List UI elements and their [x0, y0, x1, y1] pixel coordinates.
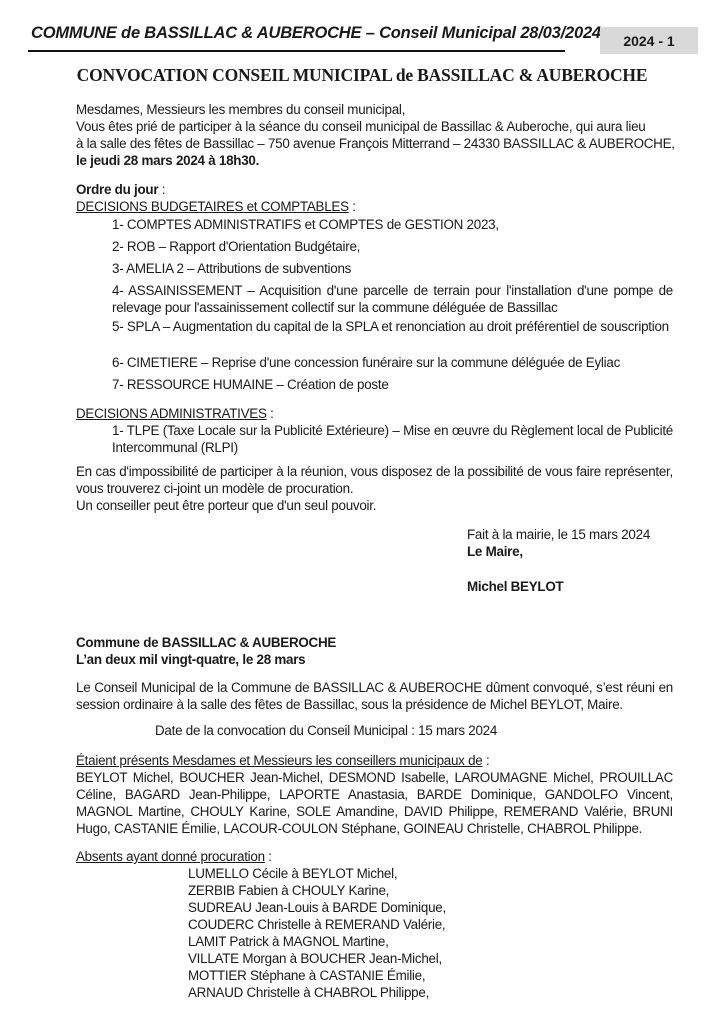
agenda-item: 1- TLPE (Taxe Locale sur la Publicité Ex…: [112, 422, 673, 456]
header-rule: [28, 50, 565, 52]
proxy-entry: COUDERC Christelle à REMERAND Valérie,: [188, 916, 445, 933]
proxy-entry: MOTTIER Stéphane à CASTANIE Émilie,: [188, 967, 425, 984]
header-title: COMMUNE de BASSILLAC & AUBEROCHE – Conse…: [31, 24, 601, 43]
agenda-item: 1- COMPTES ADMINISTRATIFS et COMPTES de …: [112, 216, 673, 233]
section-heading-label: DECISIONS ADMINISTRATIVES: [76, 406, 267, 421]
proxies-label: Absents ayant donné procuration: [76, 849, 265, 864]
minutes-intro: Le Conseil Municipal de la Commune de BA…: [76, 679, 673, 713]
section-heading-budget: DECISIONS BUDGETAIRES et COMPTABLES :: [76, 198, 673, 215]
proxy-notice: En cas d'impossibilité de participer à l…: [76, 463, 673, 497]
convocation-date: Date de la convocation du Conseil Munici…: [155, 722, 497, 739]
present-list: BEYLOT Michel, BOUCHER Jean-Michel, DESM…: [76, 769, 673, 837]
signature-role: Le Maire,: [467, 543, 523, 560]
proxy-entry: VILLATE Morgan à BOUCHER Jean-Michel,: [188, 950, 442, 967]
meeting-date: le jeudi 28 mars 2024 à 18h30.: [76, 152, 673, 169]
minutes-date: L’an deux mil vingt-quatre, le 28 mars: [76, 651, 673, 668]
minutes-commune: Commune de BASSILLAC & AUBEROCHE: [76, 634, 673, 651]
present-heading: Étaient présents Mesdames et Messieurs l…: [76, 752, 673, 769]
signature-name: Michel BEYLOT: [467, 578, 563, 595]
document-title: CONVOCATION CONSEIL MUNICIPAL de BASSILL…: [0, 65, 724, 86]
proxy-entry: ZERBIB Fabien à CHOULY Karine,: [188, 882, 389, 899]
agenda-item: 2- ROB – Rapport d'Orientation Budgétair…: [112, 238, 673, 255]
proxy-entry: ARNAUD Christelle à CHABROL Philippe,: [188, 984, 429, 1001]
section-heading-label: DECISIONS BUDGETAIRES et COMPTABLES: [76, 199, 349, 214]
proxy-entry: SUDREAU Jean-Louis à BARDE Dominique,: [188, 899, 446, 916]
greeting: Mesdames, Messieurs les membres du conse…: [76, 101, 673, 118]
proxy-limit: Un conseiller peut être porteur que d'un…: [76, 497, 673, 514]
proxies-heading: Absents ayant donné procuration :: [76, 848, 673, 865]
signature-place-date: Fait à la mairie, le 15 mars 2024: [467, 526, 650, 543]
page-number-badge: 2024 - 1: [600, 27, 698, 54]
invitation-line-2: à la salle des fêtes de Bassillac – 750 …: [76, 135, 673, 152]
agenda-item: 5- SPLA – Augmentation du capital de la …: [112, 318, 673, 335]
proxy-entry: LAMIT Patrick à MAGNOL Martine,: [188, 933, 389, 950]
agenda-item: 3- AMELIA 2 – Attributions de subvention…: [112, 260, 673, 277]
agenda-item: 4- ASSAINISSEMENT – Acquisition d'une pa…: [112, 282, 673, 316]
section-heading-admin: DECISIONS ADMINISTRATIVES :: [76, 405, 673, 422]
invitation-line-1: Vous êtes prié de participer à la séance…: [76, 118, 673, 135]
proxy-entry: LUMELLO Cécile à BEYLOT Michel,: [188, 865, 397, 882]
agenda-heading: Ordre du jour :: [76, 181, 673, 198]
agenda-label: Ordre du jour: [76, 182, 158, 197]
present-label: Étaient présents Mesdames et Messieurs l…: [76, 753, 483, 768]
agenda-item: 6- CIMETIERE – Reprise d'une concession …: [112, 354, 673, 371]
agenda-item: 7- RESSOURCE HUMAINE – Création de poste: [112, 376, 673, 393]
